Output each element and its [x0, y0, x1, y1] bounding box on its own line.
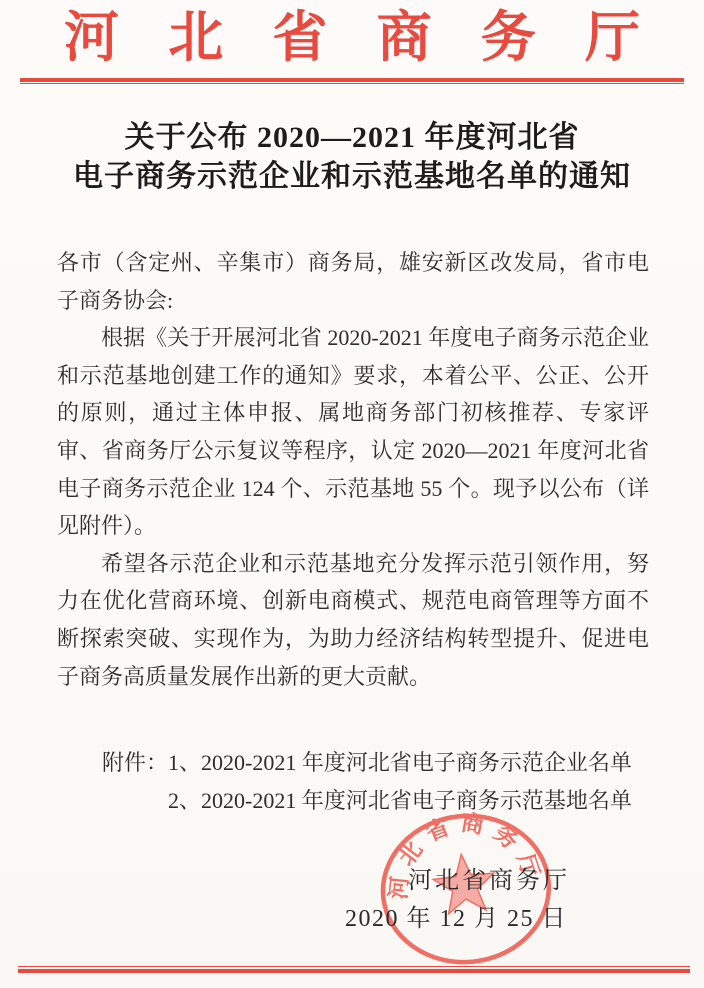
title-line-2: 电子商务示范企业和示范基地名单的通知	[0, 157, 704, 196]
document-title: 关于公布 2020—2021 年度河北省 电子商务示范企业和示范基地名单的通知	[0, 118, 704, 196]
attachment-item-2: 2、2020-2021 年度河北省电子商务示范基地名单	[168, 788, 632, 813]
divider-thin-line	[18, 966, 690, 967]
letterhead-char: 商	[377, 8, 432, 68]
footer-divider	[18, 966, 690, 973]
letterhead-char: 务	[481, 8, 536, 68]
signature-agency: 河北省商务厅	[408, 860, 570, 895]
title-line-1: 关于公布 2020—2021 年度河北省	[0, 118, 704, 157]
attachment-row: 2、2020-2021 年度河北省电子商务示范基地名单	[102, 782, 632, 820]
divider-thick-line	[20, 78, 684, 82]
letterhead-char: 省	[272, 8, 327, 68]
divider-thin-line	[20, 83, 684, 84]
letterhead-agency-name: 河 北 省 商 务 厅	[64, 8, 640, 68]
salutation-paragraph: 各市（含定州、辛集市）商务局，雄安新区改发局，省市电子商务协会:	[57, 244, 649, 319]
attachment-row: 附件：1、2020-2021 年度河北省电子商务示范企业名单	[102, 744, 632, 782]
attachment-item-1: 1、2020-2021 年度河北省电子商务示范企业名单	[168, 750, 632, 775]
attachments-label: 附件：	[102, 750, 168, 775]
signature-date: 2020 年 12 月 25 日	[345, 898, 567, 933]
letterhead-char: 北	[168, 8, 223, 68]
letterhead-divider	[20, 78, 684, 84]
letterhead-char: 河	[64, 8, 119, 68]
body-paragraph: 希望各示范企业和示范基地充分发挥示范引领作用，努力在优化营商环境、创新电商模式、…	[57, 545, 649, 695]
body-paragraph: 根据《关于开展河北省 2020-2021 年度电子商务示范企业和示范基地创建工作…	[57, 319, 649, 545]
attachments-list: 附件：1、2020-2021 年度河北省电子商务示范企业名单 2、2020-20…	[102, 744, 632, 820]
document-page: 河 北 省 商 务 厅 关于公布 2020—2021 年度河北省 电子商务示范企…	[0, 0, 704, 988]
document-body: 各市（含定州、辛集市）商务局，雄安新区改发局，省市电子商务协会: 根据《关于开展…	[57, 244, 649, 695]
letterhead-char: 厅	[585, 8, 640, 68]
divider-thick-line	[18, 969, 690, 973]
